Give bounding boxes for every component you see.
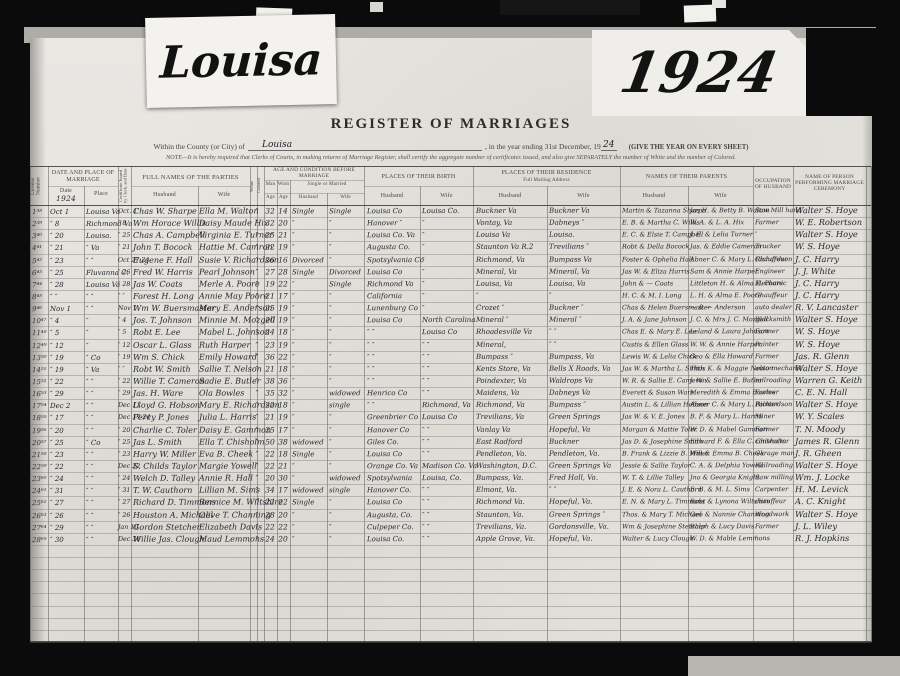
cell-wh: ″ [251,400,263,412]
cell-rw: Green Springs Va [549,460,611,472]
cell-w: Ruth Harper [199,339,250,351]
cell-per: W. Y. Scales [795,410,844,422]
cell-sw: widowed [329,387,361,399]
col-header-performer: NAME OF PERSON PERFORMING MARRIAGE CEREM… [793,174,866,193]
cell-wh: ″ [251,218,263,230]
cell-n: 22⁵⁹ [32,461,47,473]
year-label: 1924 [615,40,782,106]
cell-wh: ″ [251,473,263,485]
cell-rh: Vanlay Va [476,423,510,435]
cell-bh: ″ ″ [367,327,375,339]
cell-wh: ″ [251,303,263,315]
cell-o: contractor [755,435,789,447]
cell-n: 15⁵² [32,376,47,388]
cell-d: ″ 30 [50,534,64,546]
cell-rw: Dabneys Va [549,387,590,399]
cell-am: 21 [264,290,276,302]
cell-bh: ″ ″ [367,351,375,363]
cell-n: 11⁴⁸ [32,327,47,339]
cell-per: Walter S. Hoye [795,313,858,325]
cell-bw: ″ [422,290,425,302]
cell-wh: ″ [251,205,263,217]
cell-sw: ″ [329,533,332,545]
cell-wh: ″ [251,509,263,521]
cell-aw: 28 [277,266,289,278]
cell-n: 2³⁹ [32,218,42,230]
cell-sh: Single [292,497,314,509]
cell-rw: Gordonsville, Va. [549,520,609,532]
cell-am: 25 [264,230,276,242]
cell-wh: ″ [251,375,263,387]
cell-sw: ″ [329,509,332,521]
cell-c: ″ 24 [118,473,130,485]
cell-aw: 17 [277,485,289,497]
cell-o: railroading [755,374,791,386]
cell-bw: ″ ″ [422,496,430,508]
cell-h: Robt W. Smith [133,363,191,375]
cell-o: Mechanic [755,277,787,289]
cell-am: 26 [264,254,276,266]
cell-rw: ″ ″ [549,484,557,496]
cell-h: Oscar L. Glass [133,339,192,351]
col-header-wom: Wom [277,182,290,188]
cell-h: Willie T. Cameron [133,376,205,388]
cell-o: ″ [755,532,757,544]
year-mid: , in the year ending 31st December, 19 [485,142,601,151]
cell-rw: Mineral ″ [549,314,582,326]
cell-c: ″ 22 [118,376,130,388]
grid-line [30,630,871,631]
cell-sh: ″ [292,460,295,472]
cell-w: Ola Bowles [199,388,244,400]
cell-bh: Louisa Co [367,448,402,460]
cell-sw: ″ [329,424,332,436]
cell-aw: 22 [277,497,289,509]
cell-am: 28 [264,509,276,521]
cell-aw: 16 [277,254,289,266]
cell-c: ″ 21 [118,242,130,254]
cell-pl: ″ ″ [86,388,94,400]
cell-c: ″ 29 [118,388,130,400]
cell-pw: L. H. & Alma E. Poore [690,289,762,301]
cell-per: J. R. Gheen [795,447,842,459]
cell-o: Blacksmith [755,313,791,325]
grid-line [264,180,364,181]
cell-c: ″ 5 [118,327,126,339]
cell-bh: Richmond Va [367,278,414,290]
cell-bw: ″ ″ [422,448,430,460]
cell-c: ″ ″ [118,291,125,303]
cell-rw: Bumpass ″ [549,399,586,411]
cell-rh: Staunton Va R.2 [476,241,533,253]
cell-pw: Sam & Annie Harper [690,265,758,277]
cell-sh: ″ [292,521,295,533]
cell-bw: Louisa Co [422,411,457,423]
within-prefix: Within the County (or City) of [153,142,245,151]
cell-sw: ″ [329,412,332,424]
cell-am: 36 [264,351,276,363]
cell-rw: Hopeful, Va. [549,496,593,508]
cell-rw: Hopeful, Va [549,423,590,435]
cell-d: ″ 19 [50,364,64,376]
cell-bw: ″ ″ [422,436,430,448]
cell-n: 21⁵⁸ [32,449,47,461]
paper-tab [370,2,383,12]
cell-aw: 30 [277,473,289,485]
cell-h: Percy P. Jones [133,412,189,424]
cell-rw: Buckner [549,435,579,447]
cell-per: Walter S. Hoye [795,228,858,240]
cell-per: A. C. Knight [795,495,846,507]
cell-rw: Buckner Va [549,205,590,217]
cell-aw: 19 [277,339,289,351]
cell-ph: Custis & Ellen Glass [622,338,688,350]
cell-c: ″ 26 [118,509,130,521]
county-label-card: Louisa [145,14,337,108]
cell-am: 34 [264,485,276,497]
register-sheet: REGISTER OF MARRIAGES Within the County … [30,38,872,642]
cell-wh: ″ [251,254,263,266]
cell-bw: ″ ″ [422,387,430,399]
cell-rh: Richmond Va. [476,496,525,508]
cell-aw: 32 [277,388,289,400]
cell-n: 6⁴³ [32,267,42,279]
cell-per: W. S. Hoye [795,240,840,252]
col-header-cond-husband: Husband [290,195,327,201]
cell-bh: Spotsylvania [367,472,412,484]
cell-o: Railroading [755,459,793,471]
cell-d: ″ 24 [50,473,64,485]
cell-sh: ″ [292,303,295,315]
cell-o: Woodwork [755,508,789,520]
cell-d: ″ 27 [50,497,64,509]
cell-wh: ″ [251,424,263,436]
cell-rh: Louisa Va [476,229,510,241]
paper-tab [712,0,726,8]
cell-am: 35 [264,388,276,400]
cell-sh: ″ [292,290,295,302]
cell-d: ″ 21 [50,242,64,254]
cell-rh: Richmond, Va [476,253,525,265]
cell-bw: ″ [422,229,425,241]
col-header-res-wife: Wife [547,193,620,200]
cell-bh: ″ ″ [367,399,375,411]
col-header-full-names: FULL NAMES OF THE PARTIES [131,174,250,181]
cell-sw: single [329,399,350,411]
cell-pl: ″ ″ [86,303,94,315]
cell-n: 20⁵⁷ [32,437,47,449]
cell-ph: Morgan & Mattie Toler [622,423,697,435]
cell-pw: W. W. & Annie Harper [690,338,761,350]
cell-pl: ″ ″ [86,400,94,412]
cell-rw: Bumpass Va [549,253,592,265]
cell-pl: ″ ″ [86,497,94,509]
col-header-colored: Colored [257,170,264,202]
col-header-single-married: Single or Married [290,182,364,188]
col-header-birth: PLACES OF THEIR BIRTH [364,174,473,181]
cell-wh: ″ [251,412,263,424]
cell-d: ″ 4 [50,315,59,327]
cell-bh: Giles Co. [367,436,399,448]
cell-rh: East Radford [476,435,523,447]
cell-n: 16⁵³ [32,388,47,400]
cell-n: 3⁴⁰ [32,230,42,242]
cell-pl: ″ ″ [86,412,94,424]
cell-pw: Geo & Ella Howard [690,350,753,362]
cell-sh: ″ [292,242,295,254]
cell-sh: ″ [292,339,295,351]
grid-line [866,166,867,642]
cell-o: Farmer [755,326,779,338]
cell-aw: 17 [277,424,289,436]
cell-rh: Trevilians, Va. [476,520,526,532]
cell-pw: Wm & Emma B. Cheek [690,447,764,459]
cell-rh: Richmond, Va [476,399,525,411]
county-label: Louisa [159,34,324,88]
cell-c: ″ 31 [118,485,130,497]
grid-line [364,186,753,187]
cell-h: Jas. H. Ware [133,388,183,400]
cell-am: 22 [264,400,276,412]
cell-wh: ″ [251,315,263,327]
cell-o: Carpenter [755,483,788,495]
grid-line [264,193,364,194]
cell-bh: Orange Co. Va [367,460,418,472]
cell-bh: ″ ″ [367,339,375,351]
cell-rh: Bumpass ″ [476,351,513,363]
cell-pw: E. B. & M. L. Sims [690,483,750,495]
cell-bh: Louisa Co [367,496,402,508]
cell-rh: Washington, D.C. [476,460,537,472]
cell-aw: 18 [277,327,289,339]
cell-pw: C. A. & Delphia Yowell [690,459,763,471]
cell-o: chauffeur [755,495,786,507]
cell-d: ″ 22 [50,461,64,473]
cell-am: 32 [264,218,276,230]
cell-sw: Single [329,278,351,290]
cell-h: Wm Horace Willis [133,218,206,230]
cell-d: ″ ″ [50,291,58,303]
cell-ph: John & — Coats [622,277,673,289]
cell-bh: Lunenburg Co [367,302,418,314]
cell-sw: ″ [329,315,332,327]
cell-d: ″ 22 [50,376,64,388]
cell-per: W. E. Robertson [795,216,862,228]
cell-per: J. L. Wiley [795,520,837,532]
cell-n: 18⁵⁵ [32,412,47,424]
cell-am: 22 [264,521,276,533]
page-title: REGISTER OF MARRIAGES [30,116,872,133]
marriage-table: License Number DATE AND PLACE OF MARRIAG… [30,166,872,642]
cell-ph: Jessie & Sallie Taylor [622,459,691,471]
cell-w: Margie Yowell [199,460,257,472]
cell-rh: Kents Store, Va [476,363,531,375]
cell-o: Farmer [755,386,779,398]
cell-sw: single [329,484,350,496]
cell-per: C. E. N. Hall [795,386,847,398]
cell-wh: ″ [251,230,263,242]
cell-per: J. C. Harry [795,289,839,301]
cell-per: J. C. Harry [795,277,839,289]
cell-o: Saw milling [755,471,793,483]
cell-pw: B. F. & Mary L. Harris [690,411,762,423]
cell-per: Warren G. Keith [795,374,862,386]
cell-pw: J. E. & Lelia Turner [690,228,753,240]
cell-pl: ″ ″ [86,509,94,521]
col-header-wife: Wife [198,192,250,199]
cell-sw: widowed [329,472,361,484]
cell-pl: ″ [86,327,89,339]
cell-rh: Louisa, Va [476,278,512,290]
cell-rh: Bumpass, Va. [476,472,523,484]
cell-sh: ″ [292,218,295,230]
cell-pl: Louisa Va [86,279,120,291]
cell-d: ″ 31 [50,485,64,497]
cell-sh: ″ [292,278,295,290]
cell-pl: ″ Co [86,352,100,364]
cell-h: Chas A. Campbell [133,230,205,242]
cell-per: W. S. Hoye [795,338,840,350]
cell-o: Painter [755,398,778,410]
cell-am: 24 [264,533,276,545]
cell-o: auto dealer [755,301,792,313]
cell-bh: Henrico Co [367,387,407,399]
cell-ph: W. T. & Lillie Talley [622,471,684,483]
cell-am: 22 [264,497,276,509]
paper-stack-edge-bottom [688,656,900,676]
cell-bw: ″ ″ [422,424,430,436]
cell-aw: 19 [277,303,289,315]
cell-rh: Poindexter, Va [476,375,527,387]
cell-bh: Louisa Co [367,314,402,326]
cell-o: Farmer [755,423,779,435]
cell-aw: 18 [277,448,289,460]
cell-aw: 19 [277,315,289,327]
cell-per: Walter S. Hoye [795,398,858,410]
cell-bh: Culpeper Co. [367,521,414,533]
grid-line [30,557,871,558]
cell-ph: E. B. & Martha C. Willis [622,216,700,228]
cell-h: Harry W. Miller [133,448,196,460]
cell-c: ″ 25 [118,230,130,242]
cell-rw: Dabneys ″ [549,217,584,229]
cell-o: Chauffeur [755,289,787,301]
cell-per: Jas. R. Glenn [795,350,849,362]
cell-pw: W. A. & L. A. Hix [690,216,744,228]
cell-c: ″ 26 [118,267,130,279]
cell-rw: Hopeful, Va. [549,532,593,544]
cell-h: Chas W. Sharpe [133,206,197,218]
grid-line [30,593,871,594]
col-header-date-place: DATE AND PLACE OF MARRIAGE [48,170,118,184]
cell-pl: ″ ″ [86,291,94,303]
cell-pl: ″ ″ [86,449,94,461]
cell-h: Willie Jas. Clough [133,533,205,545]
cell-ph: Everett & Susan Ware [622,386,694,398]
cell-pl: ″ ″ [86,473,94,485]
cell-rh: Vontay, Va [476,217,512,229]
cell-aw: 36 [277,375,289,387]
cell-h: Jas W. Coats [133,279,183,291]
cell-sh: ″ [292,230,295,242]
cell-bw: ″ ″ [422,363,430,375]
cell-bw: North Carolina [422,314,476,326]
cell-sh: Single [292,266,314,278]
cell-rw: Bumpass, Va [549,350,594,362]
cell-pl: ″ [86,339,89,351]
cell-am: 32 [264,205,276,217]
cell-bw: ″ ″ [422,351,430,363]
cell-bh: ″ ″ [367,375,375,387]
cell-wh: ″ [251,388,263,400]
cell-aw: 18 [277,400,289,412]
grid-line [30,581,871,582]
cell-bh: California [367,290,402,302]
cell-c: ″ 4 [118,315,126,327]
cell-aw: 20 [277,533,289,545]
col-header-res-husband: Husband [473,193,547,200]
cell-pw: J. W. & Sallie E. Butler [690,374,763,386]
cell-o: Chauffeur [755,253,787,265]
cell-ph: Lewis W. & Lelia Chick [622,350,697,362]
cell-o: Engineer [755,265,785,277]
cell-per: Walter S. Hoye [795,459,858,471]
cell-rw: Trevilians ″ [549,241,589,253]
cell-rh: Trevilians, Va [476,411,524,423]
cell-pw: Jno & Georgia Knight [690,471,760,483]
cell-bw: ″ ″ [422,521,430,533]
cell-aw: 21 [277,230,289,242]
cell-per: J. J. White [795,265,836,277]
cell-d: Dec 2 [50,400,70,412]
cell-n: 23⁶⁰ [32,473,47,485]
cell-pl: Louisa. [86,230,112,242]
cell-aw: 22 [277,521,289,533]
cell-aw: 22 [277,278,289,290]
cell-rh: Mineral, [476,338,506,350]
cell-am: 22 [264,460,276,472]
cell-pw: Jas. & Eddie Cameron [690,241,762,253]
cell-aw: 20 [277,509,289,521]
cell-rw: Waldrops Va [549,375,593,387]
scan-black-corner [806,28,900,116]
cell-aw: 21 [277,460,289,472]
cell-h: S. Childs Taylor [133,461,197,473]
cell-sh: ″ [292,327,295,339]
cell-sh: ″ [292,412,295,424]
grid-line [131,186,250,187]
cell-sw: Single [329,205,351,217]
col-header-birth-wife: Wife [420,193,473,200]
cell-o: Farmer [755,350,779,362]
cell-n: 24⁶¹ [32,485,47,497]
cell-wh: ″ [251,290,263,302]
cell-bw: ″ ″ [422,339,430,351]
col-header-age-man: Age [264,195,277,201]
cell-o: Miner [755,411,775,423]
cell-rw: Louisa, Va [549,277,585,289]
cell-n: 13⁵⁰ [32,352,47,364]
cell-w: Julia L. Harris [199,412,256,424]
cell-n: 4⁴¹ [32,242,42,254]
cell-rh: Crozet ″ [476,302,504,314]
grid-line [30,569,871,570]
cell-sh: widowed [292,485,324,497]
cell-am: 20 [264,473,276,485]
cell-w: Pearl Johnson [199,266,255,278]
cell-per: Walter S. Hoye [795,204,858,216]
cell-c: ″ 28 [118,279,130,291]
